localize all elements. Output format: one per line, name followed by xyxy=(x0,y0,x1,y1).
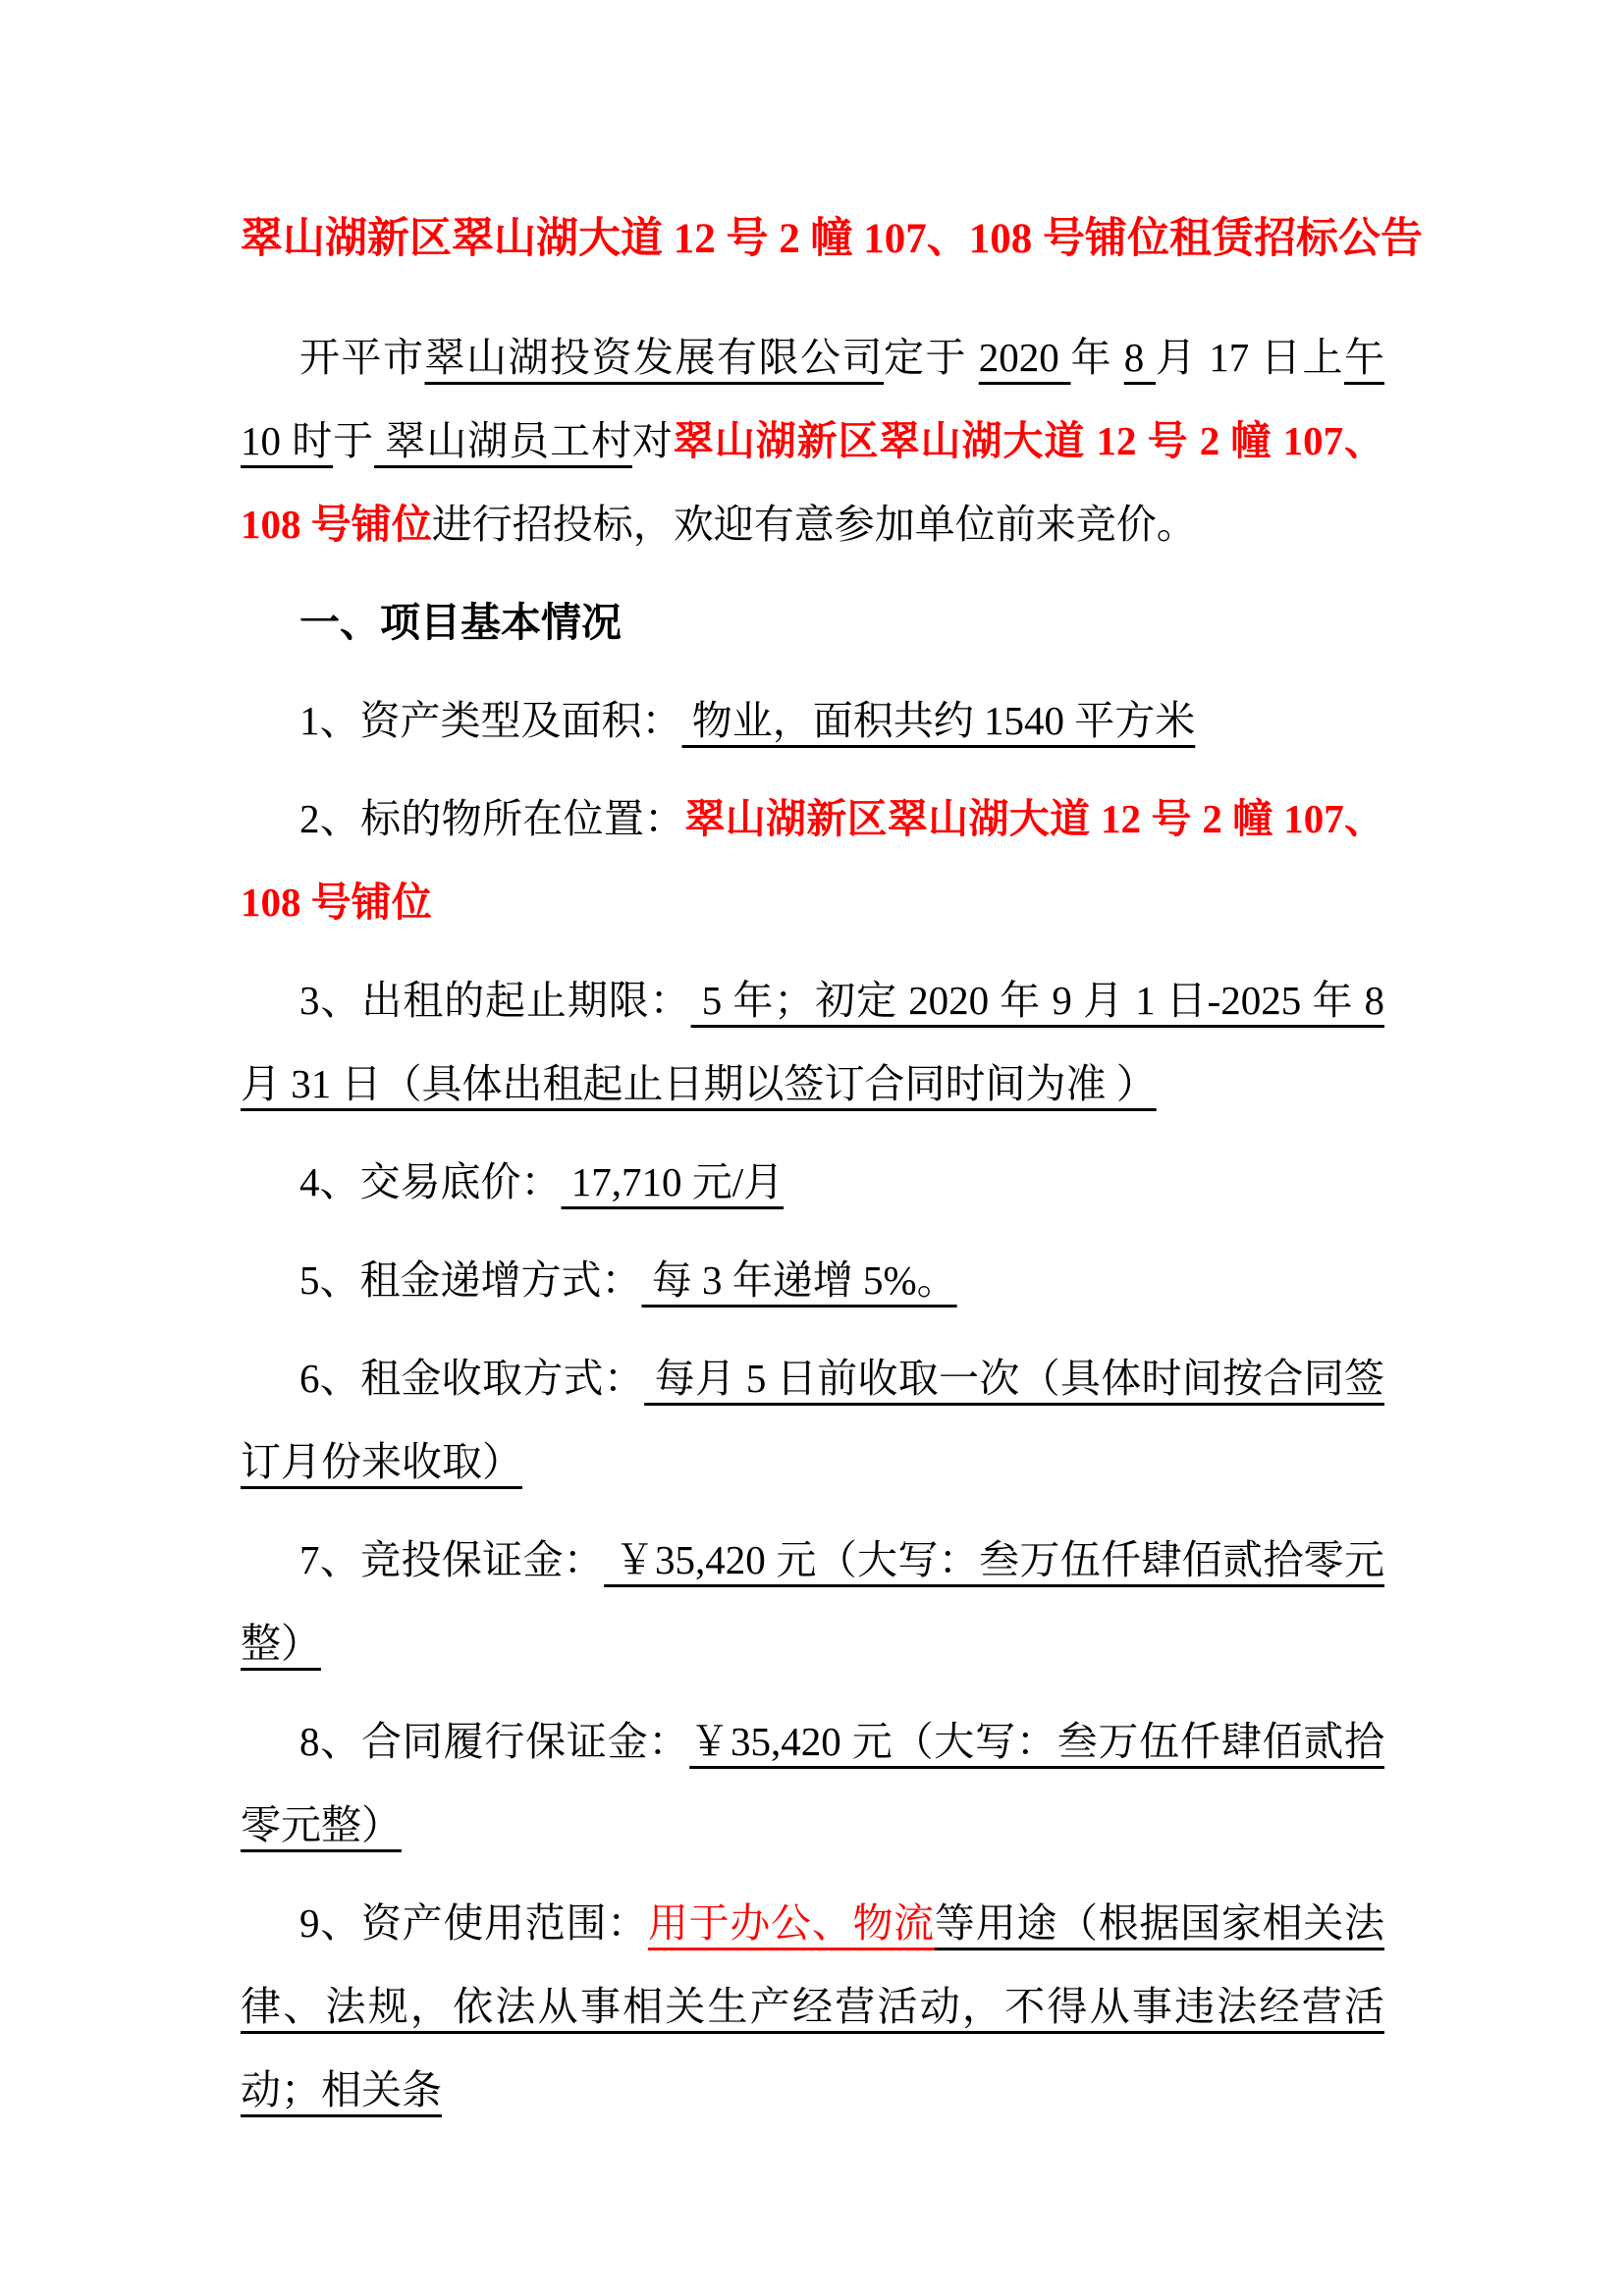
text-run: 8、合同履行保证金： xyxy=(299,1719,689,1764)
item-1-asset-type-area: 1、资产类型及面积： 物业，面积共约 1540 平方米 xyxy=(241,679,1384,763)
item-6-rent-collection: 6、租金收取方式： 每月 5 日前收取一次（具体时间按合同签订月份来收取） xyxy=(241,1337,1384,1504)
text-run: 于 xyxy=(333,418,374,463)
text-run: 4、交易底价： xyxy=(299,1159,562,1204)
text-run: 对 xyxy=(632,418,674,463)
item-2-location: 2、标的物所在位置：翠山湖新区翠山湖大道 12 号 2 幢 107、108 号铺… xyxy=(241,777,1384,944)
item-5-rent-increase: 5、租金递增方式： 每 3 年递增 5%。 xyxy=(241,1239,1384,1322)
text-run: 2、标的物所在位置： xyxy=(299,796,684,841)
item-4-base-price: 4、交易底价： 17,710 元/月 xyxy=(241,1141,1384,1224)
text-run: 物业，面积共约 1540 平方米 xyxy=(682,698,1196,743)
document-title: 翠山湖新区翠山湖大道 12 号 2 幢 107、108 号铺位租赁招标公告 xyxy=(241,197,1384,281)
text-run: 1、资产类型及面积： xyxy=(299,698,682,743)
document-page: 翠山湖新区翠山湖大道 12 号 2 幢 107、108 号铺位租赁招标公告 开平… xyxy=(241,197,1384,2147)
text-run: 定于 xyxy=(884,335,979,380)
text-run: 2020 xyxy=(979,335,1071,380)
text-run: 5、租金递增方式： xyxy=(299,1257,642,1303)
text-run: 7、竞投保证金： xyxy=(299,1537,604,1582)
text-run: 用于办公、物流 xyxy=(648,1900,935,1946)
text-run: 6、租金收取方式： xyxy=(299,1356,644,1401)
document-body: 开平市翠山湖投资发展有限公司定于 2020 年 8 月 17 日上午 10 时于… xyxy=(241,316,1384,2132)
text-run: 17,710 元/月 xyxy=(562,1159,785,1204)
text-run: 8 xyxy=(1124,335,1156,380)
intro-paragraph: 开平市翠山湖投资发展有限公司定于 2020 年 8 月 17 日上午 10 时于… xyxy=(241,316,1384,566)
text-run: 年 xyxy=(1071,335,1124,380)
text-run: 月 17 日上 xyxy=(1156,335,1344,380)
item-9-usage-scope: 9、资产使用范围：用于办公、物流等用途（根据国家相关法律、法规，依法从事相关生产… xyxy=(241,1882,1384,2132)
item-3-lease-term: 3、出租的起止期限： 5 年；初定 2020 年 9 月 1 日-2025 年 … xyxy=(241,959,1384,1126)
text-run: 3、出租的起止期限： xyxy=(299,978,691,1023)
item-8-contract-deposit: 8、合同履行保证金：￥35,420 元（大写：叁万伍仟肆佰贰拾零元整） xyxy=(241,1700,1384,1867)
text-run: 翠山湖员工村 xyxy=(374,418,632,463)
section-heading: 一、项目基本情况 xyxy=(241,581,1384,665)
text-run: 9、资产使用范围： xyxy=(299,1900,648,1946)
document-canvas: { "title": { "text": "翠山湖新区翠山湖大道 12 号 2 … xyxy=(0,0,1624,2296)
item-7-bid-deposit: 7、竞投保证金： ￥35,420 元（大写：叁万伍仟肆佰贰拾零元整） xyxy=(241,1519,1384,1685)
text-run: 翠山湖投资发展有限公司 xyxy=(425,335,885,380)
text-run: 进行招投标，欢迎有意参加单位前来竞价。 xyxy=(432,502,1197,547)
text-run: 开平市 xyxy=(299,335,425,380)
text-run: 一、项目基本情况 xyxy=(299,600,622,645)
text-run: 每 3 年递增 5%。 xyxy=(642,1257,957,1303)
